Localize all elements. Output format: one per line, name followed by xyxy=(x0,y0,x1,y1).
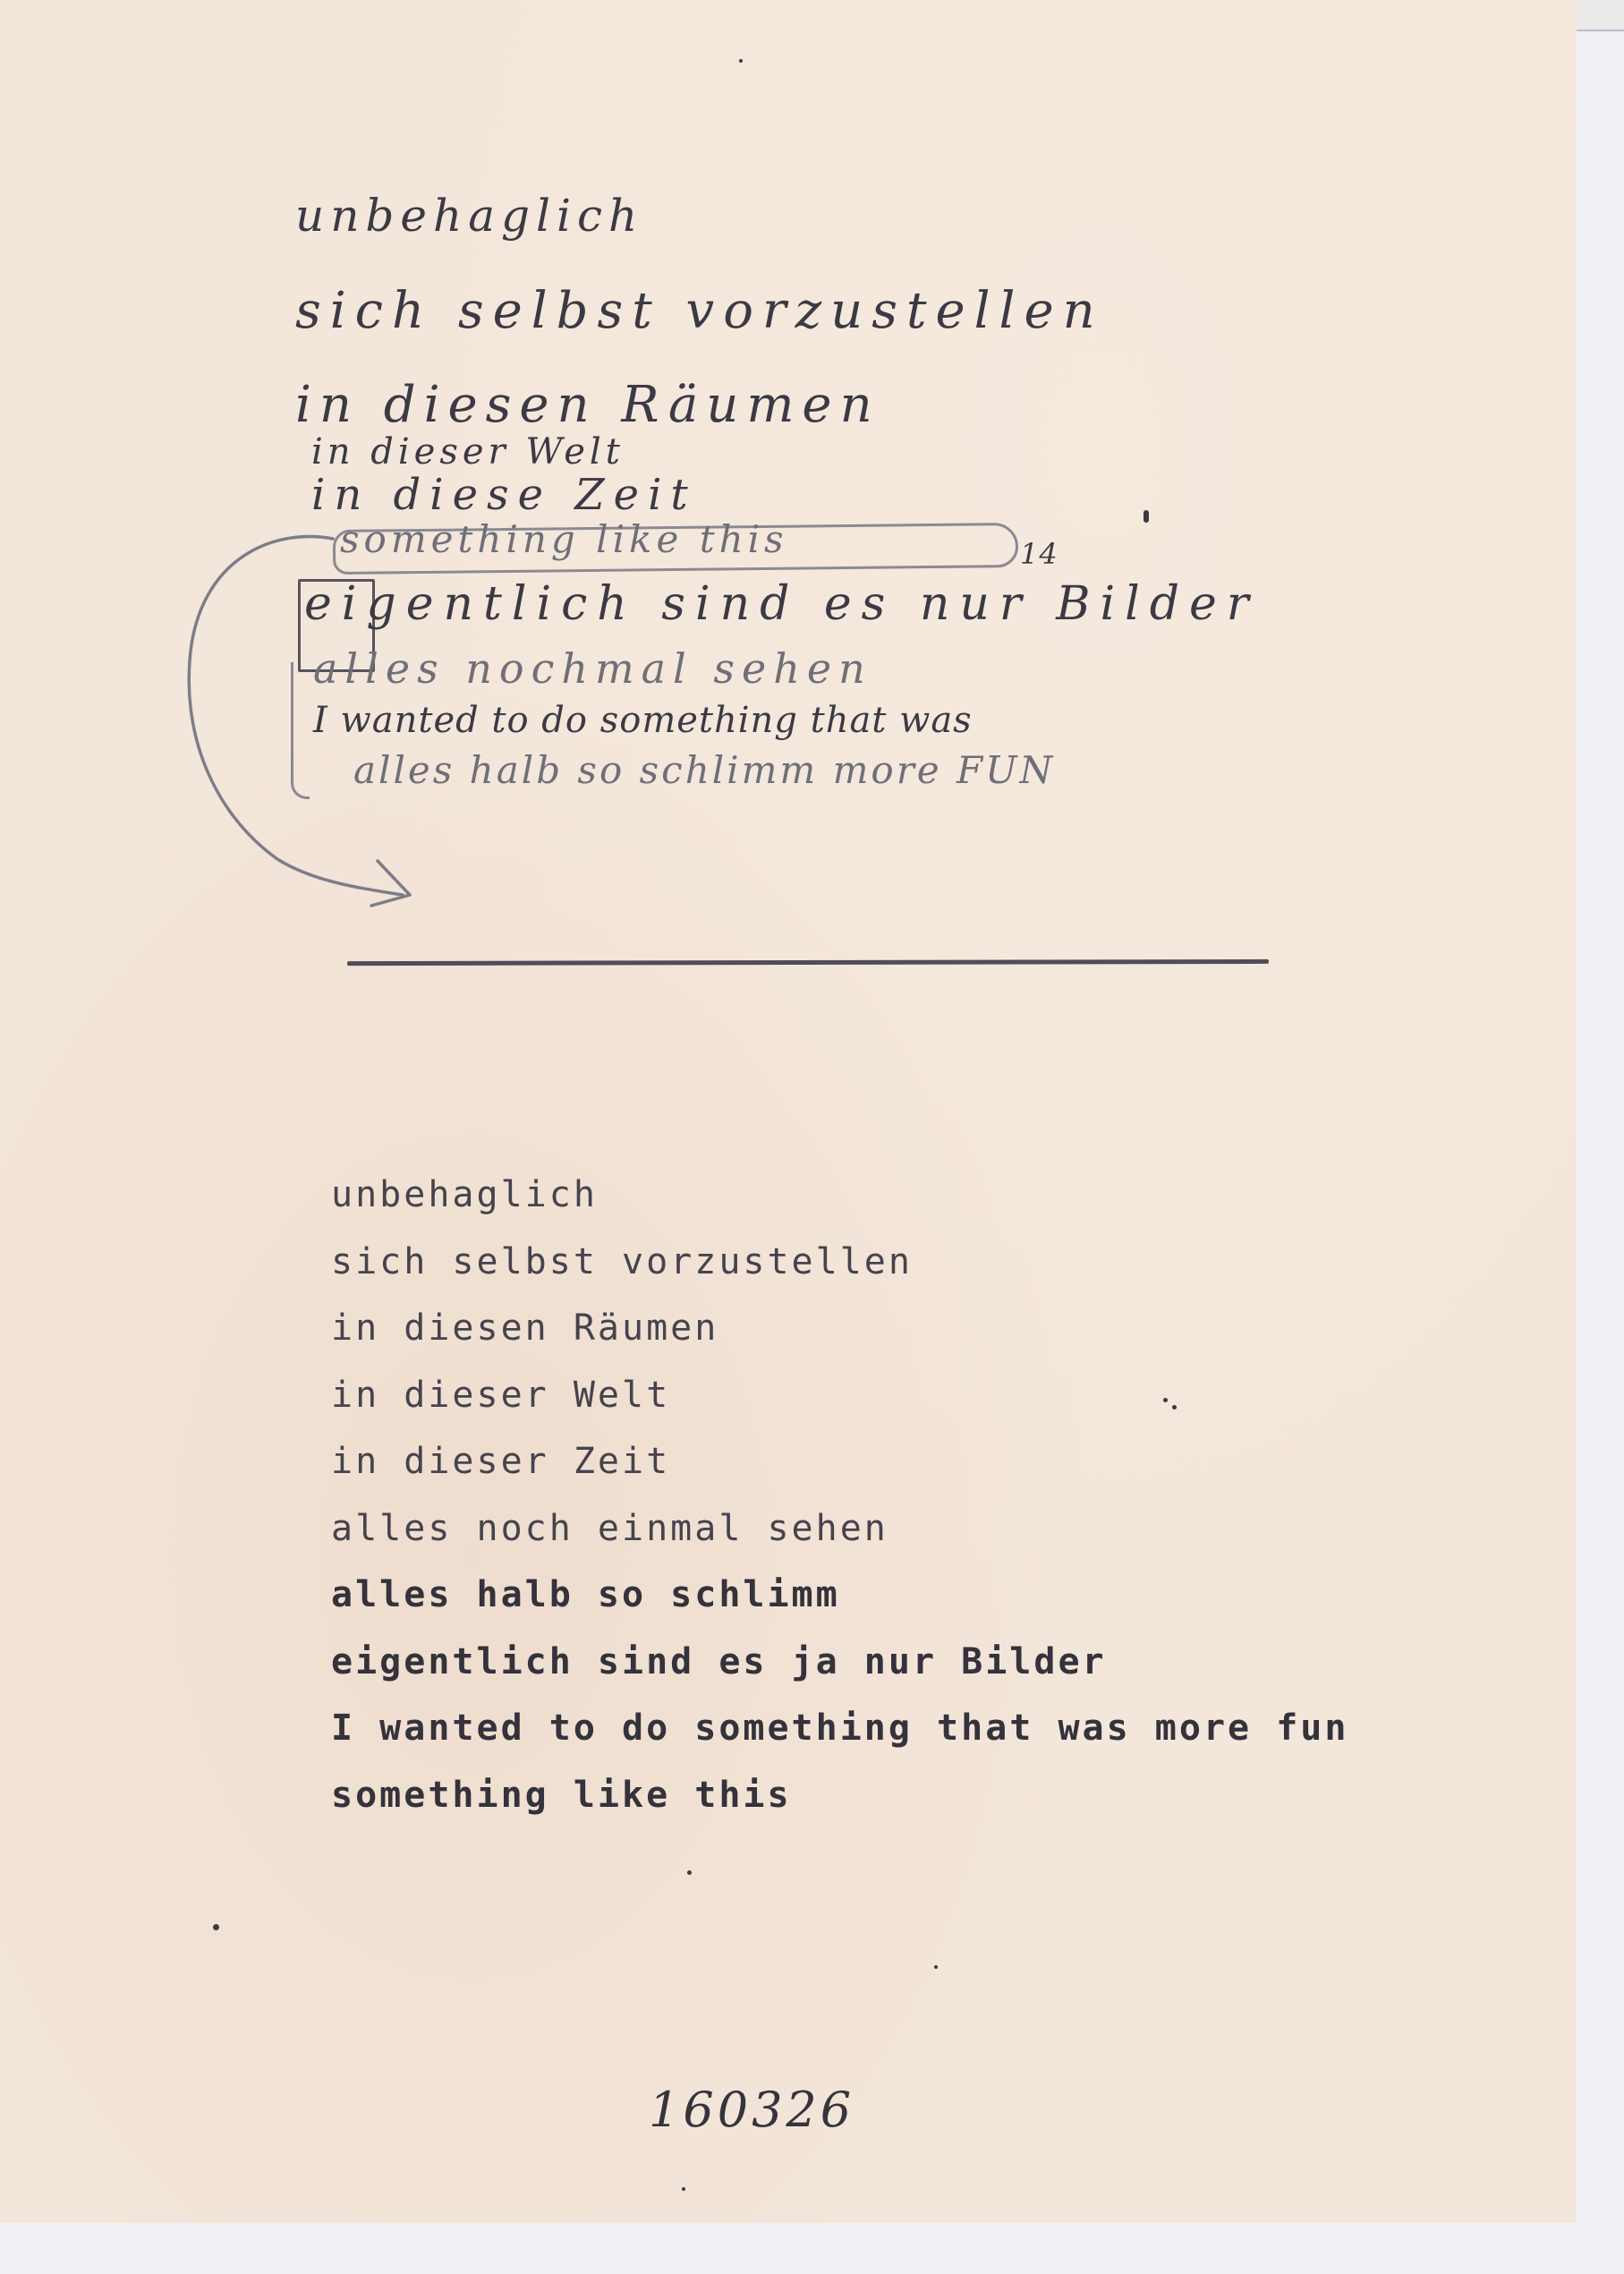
typed-line: something like this xyxy=(331,1762,1348,1829)
document-number: 160326 xyxy=(649,2082,855,2138)
handwritten-line: unbehaglich xyxy=(295,190,643,242)
typed-line: alles noch einmal sehen xyxy=(331,1495,1348,1563)
typed-line: alles halb so schlimm xyxy=(331,1562,1348,1629)
handwritten-line: in dieser Welt xyxy=(311,431,625,473)
ink-speck xyxy=(682,2187,685,2191)
typed-line: in diesen Räumen xyxy=(331,1295,1348,1362)
typed-line: unbehaglich xyxy=(331,1162,1348,1229)
typed-line: in dieser Welt xyxy=(331,1362,1348,1429)
typed-line: in dieser Zeit xyxy=(331,1428,1348,1495)
typed-line: I wanted to do something that was more f… xyxy=(331,1695,1348,1762)
ink-speck xyxy=(213,1924,219,1930)
typed-line: eigentlich sind es ja nur Bilder xyxy=(331,1629,1348,1696)
typed-line: sich selbst vorzustellen xyxy=(331,1229,1348,1296)
scanner-edge xyxy=(1577,0,1624,31)
horizontal-divider xyxy=(347,959,1269,966)
paper-sheet: unbehaglich sich selbst vorzustellen in … xyxy=(0,0,1577,2223)
curved-arrow-icon xyxy=(179,519,429,913)
handwritten-line: sich selbst vorzustellen xyxy=(295,282,1104,340)
ink-speck xyxy=(687,1870,692,1875)
ink-speck xyxy=(1144,510,1149,523)
handwritten-line: eigentlich sind es nur Bilder xyxy=(304,577,1259,631)
handwritten-line: alles halb so schlimm more FUN xyxy=(353,748,1055,792)
handwritten-line: in diesen Räumen xyxy=(295,376,880,434)
ink-speck xyxy=(1172,1405,1177,1410)
margin-note: 14 xyxy=(1020,537,1059,571)
typed-poem: unbehaglich sich selbst vorzustellen in … xyxy=(331,1162,1348,1828)
ink-speck xyxy=(739,59,743,63)
handwritten-line: in diese Zeit xyxy=(311,470,697,520)
ink-speck xyxy=(934,1965,938,1969)
ink-speck xyxy=(1163,1398,1168,1402)
